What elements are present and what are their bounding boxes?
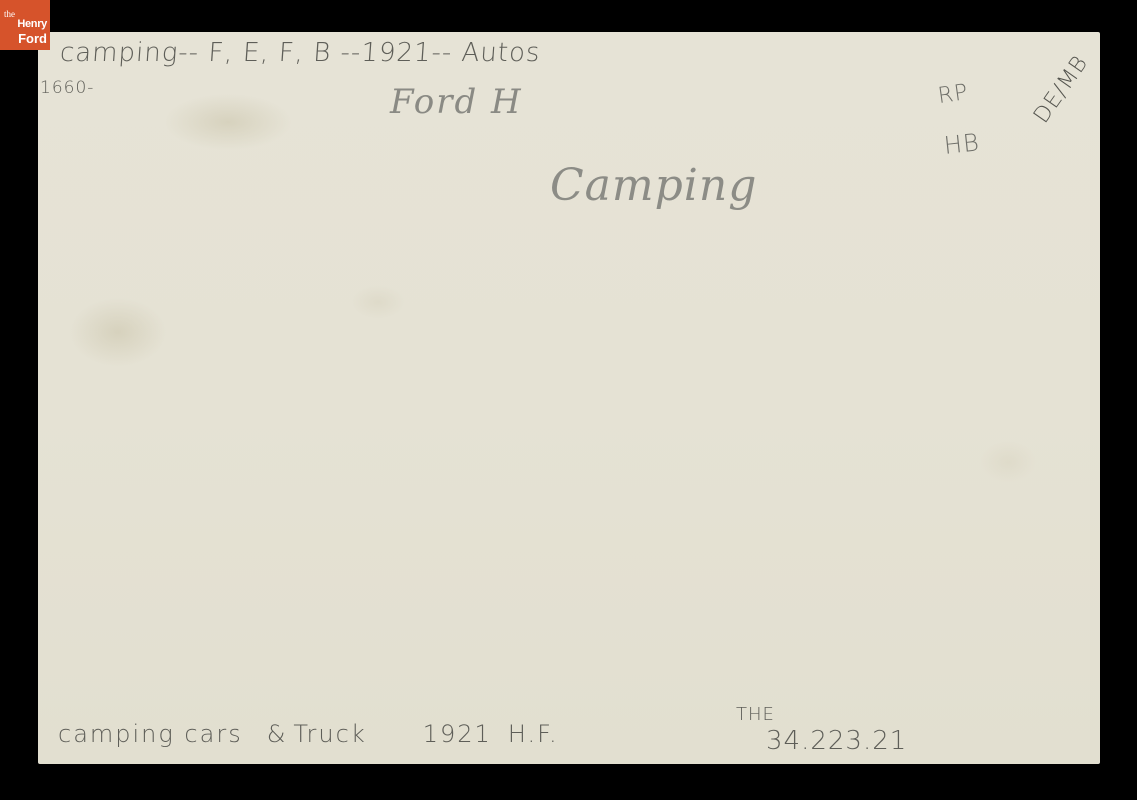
henry-ford-logo: the Henry Ford — [0, 0, 50, 50]
caption-ampersand: & — [267, 720, 288, 748]
caption-year: 1921 — [423, 720, 492, 748]
logo-henry: Henry — [17, 19, 47, 30]
accession-prefix: 1660- — [40, 78, 94, 98]
photo-card-back: camping-- F, E, F, B --1921-- Autos 1660… — [38, 32, 1100, 764]
initials-hb: HB — [943, 128, 981, 160]
object-number: 34.223.21 — [766, 726, 907, 756]
logo-ford: Ford — [18, 32, 47, 45]
caption-the: THE — [736, 704, 775, 725]
handwritten-title-line: camping-- F, E, F, B --1921-- Autos — [59, 38, 542, 68]
caption-hf: H.F. — [508, 720, 559, 748]
logo-the: the — [4, 10, 15, 19]
bottom-caption: camping cars&Truck1921H.F. — [58, 720, 583, 748]
handwritten-camping: Camping — [550, 160, 757, 211]
corner-mark: DE/MB — [1029, 51, 1093, 128]
caption-truck: Truck — [293, 720, 366, 748]
initials-rp: RP — [936, 80, 970, 109]
handwritten-ford-h: Ford H — [390, 82, 523, 122]
caption-camping-cars: camping cars — [58, 720, 243, 748]
